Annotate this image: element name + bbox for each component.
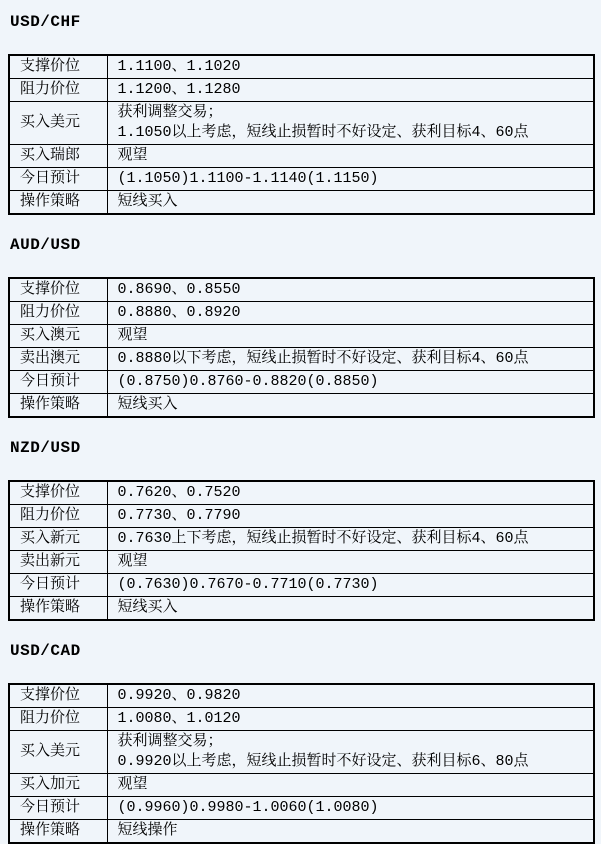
row-value: 0.7730、0.7790: [107, 505, 594, 528]
table-row: 操作策略 短线买入: [9, 597, 594, 621]
row-value: 0.8690、0.8550: [107, 278, 594, 302]
table-row: 阻力价位 0.8880、0.8920: [9, 302, 594, 325]
row-value: (0.8750)0.8760-0.8820(0.8850): [107, 371, 594, 394]
row-label: 今日预计: [9, 371, 107, 394]
table-row: 操作策略 短线买入: [9, 191, 594, 215]
row-label: 操作策略: [9, 191, 107, 215]
value-line: 0.7730、0.7790: [118, 506, 588, 526]
row-value: 短线买入: [107, 394, 594, 418]
row-value: 0.9920、0.9820: [107, 684, 594, 708]
row-label: 买入澳元: [9, 325, 107, 348]
row-label: 阻力价位: [9, 302, 107, 325]
forecast-page: USD/CHF 支撑价位 1.1100、1.1020 阻力价位 1.1200、1…: [0, 0, 601, 844]
row-label: 今日预计: [9, 168, 107, 191]
row-value: 0.8880、0.8920: [107, 302, 594, 325]
value-line: 0.8880以下考虑，短线止损暂时不好设定、获利目标4、60点: [118, 349, 588, 369]
forecast-table: 支撑价位 1.1100、1.1020 阻力价位 1.1200、1.1280 买入…: [8, 54, 595, 215]
value-line: 观望: [118, 326, 588, 346]
row-value: 观望: [107, 325, 594, 348]
table-row: 买入加元 观望: [9, 774, 594, 797]
table-row: 买入美元 获利调整交易； 1.1050以上考虑，短线止损暂时不好设定、获利目标4…: [9, 102, 594, 145]
row-value: 获利调整交易； 1.1050以上考虑，短线止损暂时不好设定、获利目标4、60点: [107, 102, 594, 145]
value-line: (0.7630)0.7670-0.7710(0.7730): [118, 575, 588, 595]
row-label: 买入美元: [9, 102, 107, 145]
value-line: 短线买入: [118, 395, 588, 415]
value-line: 短线操作: [118, 821, 588, 841]
row-value: (0.9960)0.9980-1.0060(1.0080): [107, 797, 594, 820]
value-line: 1.0080、1.0120: [118, 709, 588, 729]
row-label: 支撑价位: [9, 481, 107, 505]
currency-pair-title: NZD/USD: [10, 440, 595, 456]
value-line: 短线买入: [118, 598, 588, 618]
row-label: 操作策略: [9, 597, 107, 621]
table-row: 今日预计 (0.7630)0.7670-0.7710(0.7730): [9, 574, 594, 597]
table-row: 支撑价位 0.8690、0.8550: [9, 278, 594, 302]
table-row: 操作策略 短线操作: [9, 820, 594, 844]
currency-section-usdchf: USD/CHF 支撑价位 1.1100、1.1020 阻力价位 1.1200、1…: [8, 14, 595, 215]
table-row: 阻力价位 0.7730、0.7790: [9, 505, 594, 528]
row-value: 1.1100、1.1020: [107, 55, 594, 79]
value-line: 0.9920以上考虑，短线止损暂时不好设定、获利目标6、80点: [118, 752, 588, 772]
table-row: 支撑价位 1.1100、1.1020: [9, 55, 594, 79]
row-label: 支撑价位: [9, 55, 107, 79]
row-value: 短线买入: [107, 597, 594, 621]
row-label: 卖出澳元: [9, 348, 107, 371]
forecast-table: 支撑价位 0.9920、0.9820 阻力价位 1.0080、1.0120 买入…: [8, 683, 595, 844]
value-line: (0.8750)0.8760-0.8820(0.8850): [118, 372, 588, 392]
row-label: 卖出新元: [9, 551, 107, 574]
currency-section-usdcad: USD/CAD 支撑价位 0.9920、0.9820 阻力价位 1.0080、1…: [8, 643, 595, 844]
currency-section-nzdusd: NZD/USD 支撑价位 0.7620、0.7520 阻力价位 0.7730、0…: [8, 440, 595, 621]
row-label: 阻力价位: [9, 708, 107, 731]
value-line: 获利调整交易；: [118, 732, 588, 752]
table-row: 阻力价位 1.1200、1.1280: [9, 79, 594, 102]
value-line: 观望: [118, 552, 588, 572]
row-label: 支撑价位: [9, 684, 107, 708]
table-row: 卖出新元 观望: [9, 551, 594, 574]
row-value: 0.7630上下考虑，短线止损暂时不好设定、获利目标4、60点: [107, 528, 594, 551]
value-line: 0.7620、0.7520: [118, 483, 588, 503]
currency-pair-title: USD/CAD: [10, 643, 595, 659]
value-line: 1.1100、1.1020: [118, 57, 588, 77]
forecast-table: 支撑价位 0.8690、0.8550 阻力价位 0.8880、0.8920 买入…: [8, 277, 595, 418]
row-value: (1.1050)1.1100-1.1140(1.1150): [107, 168, 594, 191]
table-row: 卖出澳元 0.8880以下考虑，短线止损暂时不好设定、获利目标4、60点: [9, 348, 594, 371]
table-row: 操作策略 短线买入: [9, 394, 594, 418]
row-label: 买入加元: [9, 774, 107, 797]
row-label: 买入新元: [9, 528, 107, 551]
value-line: 0.8690、0.8550: [118, 280, 588, 300]
row-label: 操作策略: [9, 820, 107, 844]
value-line: 0.8880、0.8920: [118, 303, 588, 323]
row-value: 观望: [107, 551, 594, 574]
row-label: 阻力价位: [9, 79, 107, 102]
row-label: 今日预计: [9, 797, 107, 820]
table-row: 今日预计 (1.1050)1.1100-1.1140(1.1150): [9, 168, 594, 191]
value-line: 观望: [118, 146, 588, 166]
row-label: 买入瑞郎: [9, 145, 107, 168]
row-label: 操作策略: [9, 394, 107, 418]
row-label: 支撑价位: [9, 278, 107, 302]
table-row: 买入美元 获利调整交易； 0.9920以上考虑，短线止损暂时不好设定、获利目标6…: [9, 731, 594, 774]
table-row: 阻力价位 1.0080、1.0120: [9, 708, 594, 731]
row-value: 0.7620、0.7520: [107, 481, 594, 505]
value-line: 观望: [118, 775, 588, 795]
value-line: 短线买入: [118, 192, 588, 212]
currency-pair-title: USD/CHF: [10, 14, 595, 30]
value-line: 0.7630上下考虑，短线止损暂时不好设定、获利目标4、60点: [118, 529, 588, 549]
value-line: 0.9920、0.9820: [118, 686, 588, 706]
value-line: 获利调整交易；: [118, 103, 588, 123]
value-line: 1.1050以上考虑，短线止损暂时不好设定、获利目标4、60点: [118, 123, 588, 143]
row-label: 买入美元: [9, 731, 107, 774]
table-row: 支撑价位 0.9920、0.9820: [9, 684, 594, 708]
row-value: 1.0080、1.0120: [107, 708, 594, 731]
row-label: 阻力价位: [9, 505, 107, 528]
value-line: (1.1050)1.1100-1.1140(1.1150): [118, 169, 588, 189]
value-line: 1.1200、1.1280: [118, 80, 588, 100]
row-value: 短线操作: [107, 820, 594, 844]
row-value: 观望: [107, 774, 594, 797]
value-line: (0.9960)0.9980-1.0060(1.0080): [118, 798, 588, 818]
row-value: 短线买入: [107, 191, 594, 215]
table-row: 买入新元 0.7630上下考虑，短线止损暂时不好设定、获利目标4、60点: [9, 528, 594, 551]
table-row: 今日预计 (0.9960)0.9980-1.0060(1.0080): [9, 797, 594, 820]
row-value: 获利调整交易； 0.9920以上考虑，短线止损暂时不好设定、获利目标6、80点: [107, 731, 594, 774]
row-value: 0.8880以下考虑，短线止损暂时不好设定、获利目标4、60点: [107, 348, 594, 371]
row-value: 观望: [107, 145, 594, 168]
table-row: 支撑价位 0.7620、0.7520: [9, 481, 594, 505]
currency-pair-title: AUD/USD: [10, 237, 595, 253]
row-value: (0.7630)0.7670-0.7710(0.7730): [107, 574, 594, 597]
table-row: 今日预计 (0.8750)0.8760-0.8820(0.8850): [9, 371, 594, 394]
forecast-table: 支撑价位 0.7620、0.7520 阻力价位 0.7730、0.7790 买入…: [8, 480, 595, 621]
table-row: 买入澳元 观望: [9, 325, 594, 348]
row-value: 1.1200、1.1280: [107, 79, 594, 102]
row-label: 今日预计: [9, 574, 107, 597]
currency-section-audusd: AUD/USD 支撑价位 0.8690、0.8550 阻力价位 0.8880、0…: [8, 237, 595, 418]
table-row: 买入瑞郎 观望: [9, 145, 594, 168]
